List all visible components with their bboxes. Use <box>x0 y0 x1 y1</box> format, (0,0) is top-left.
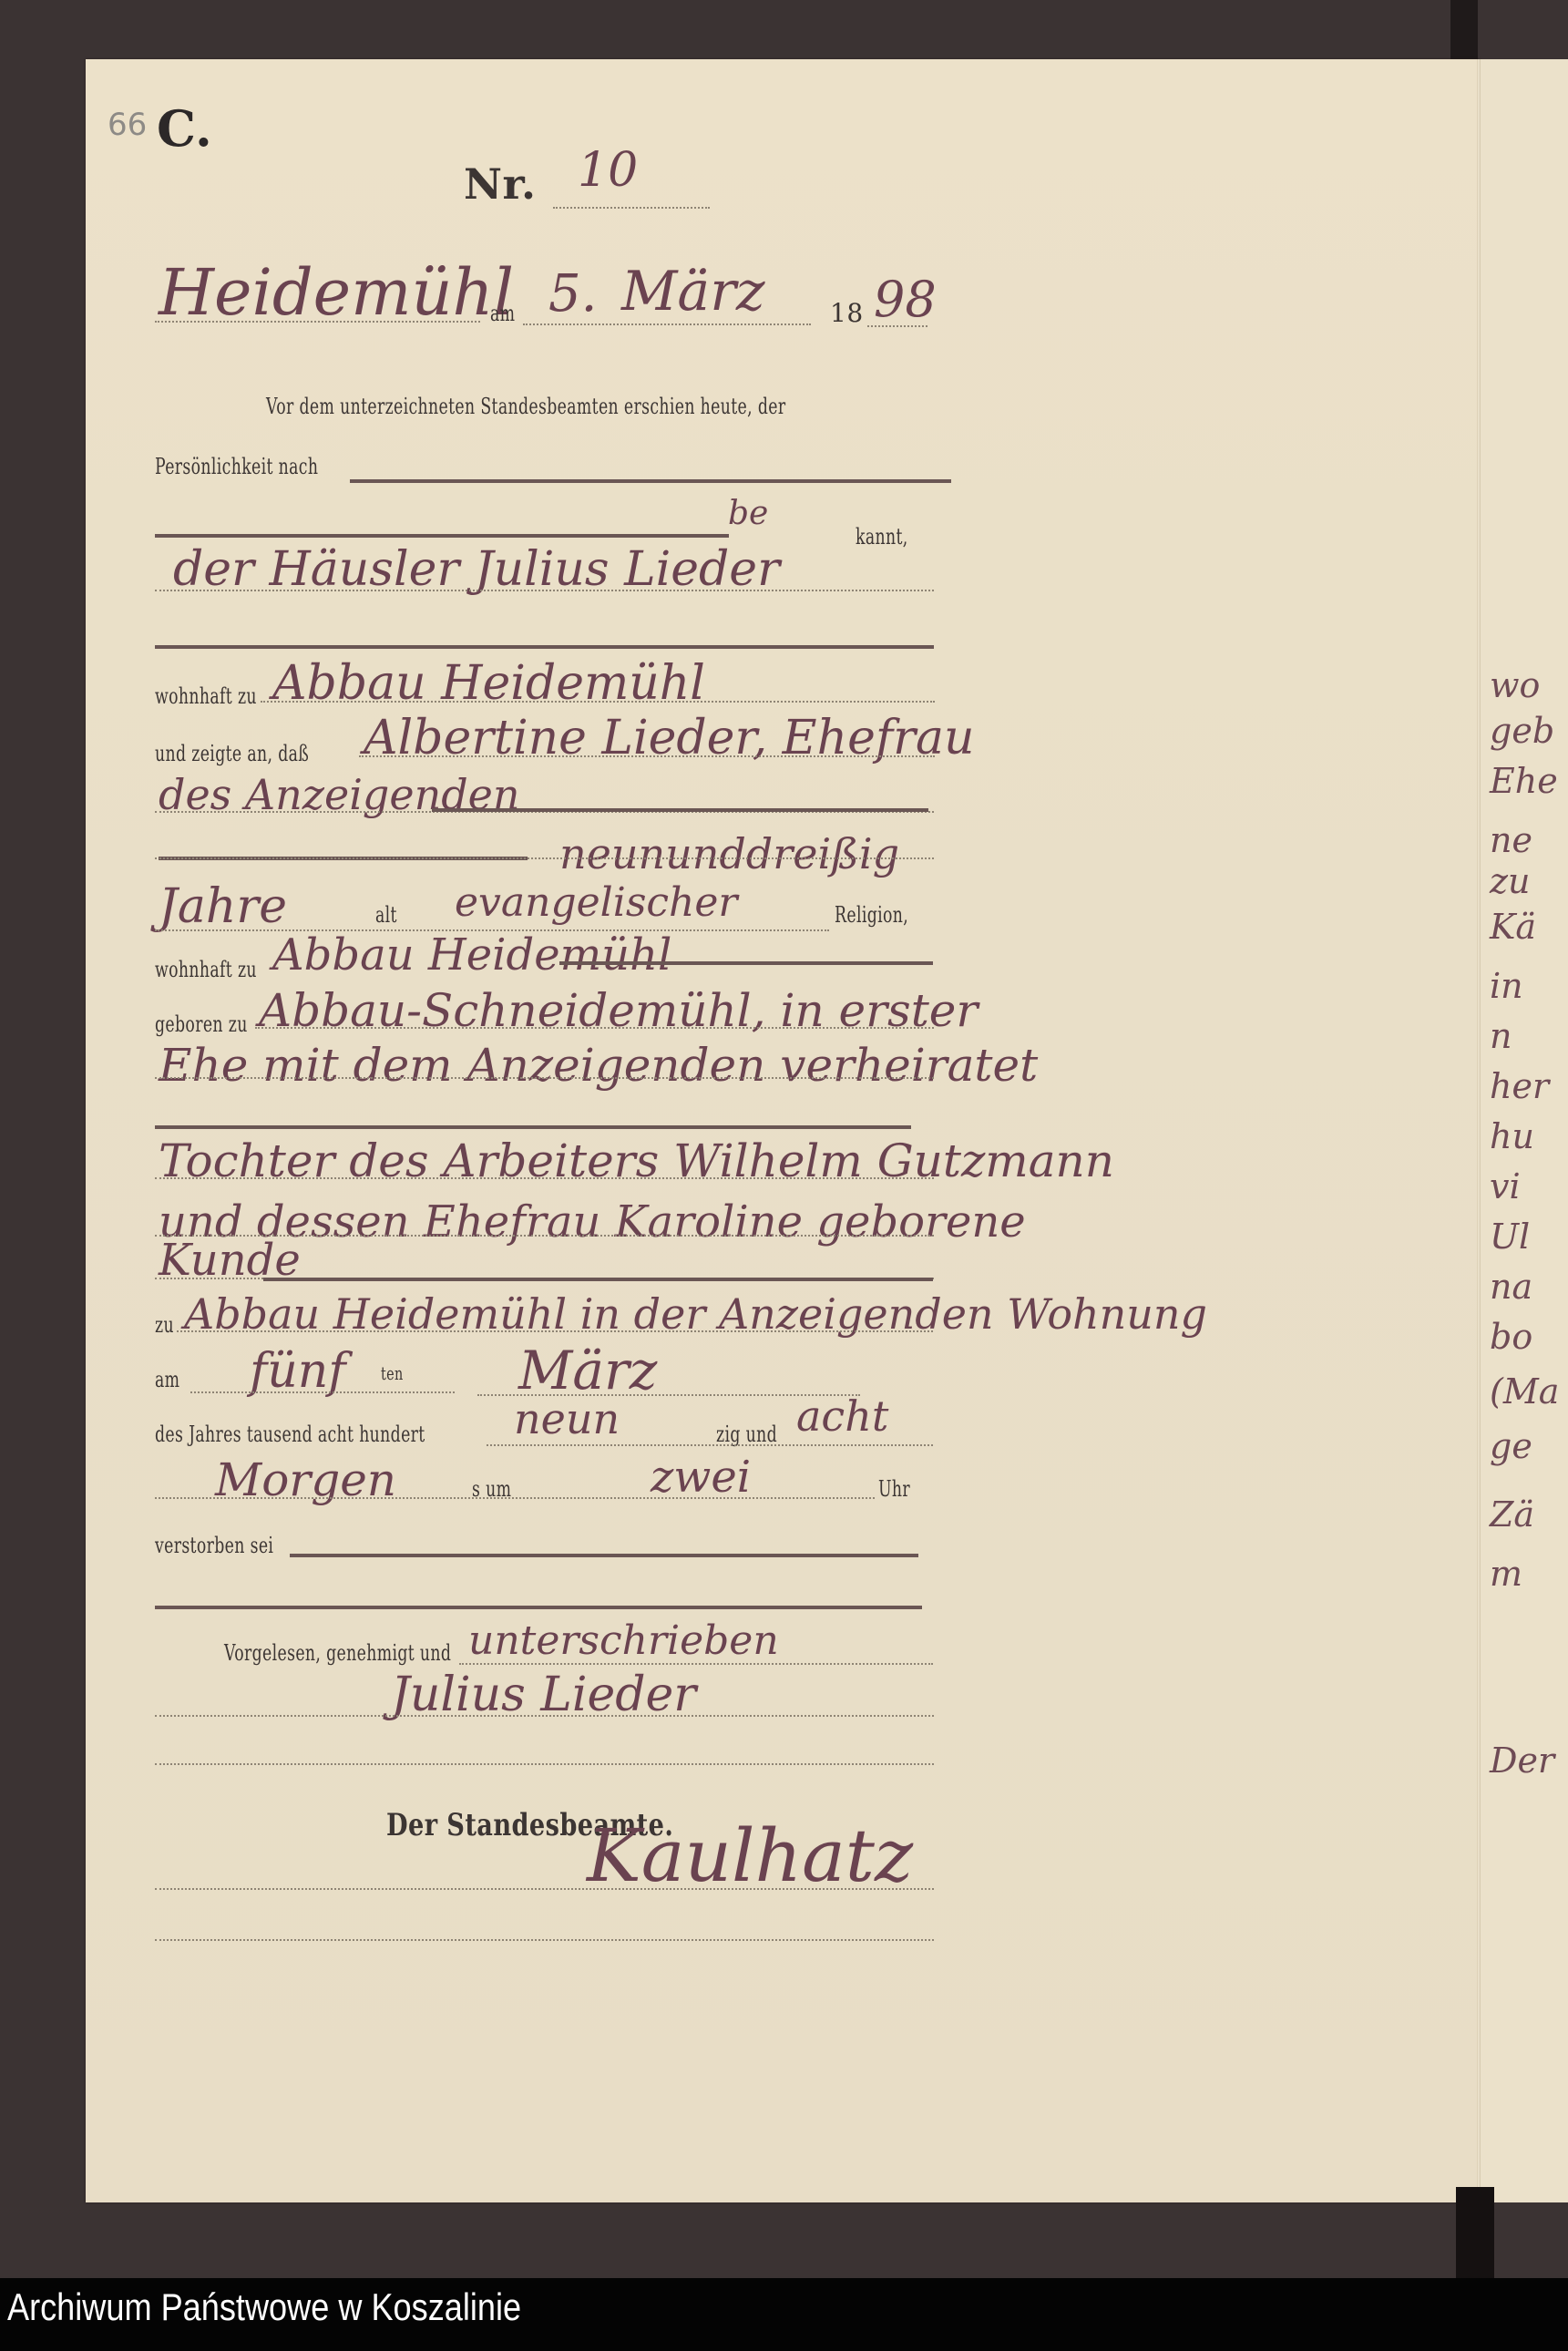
date-day: 5. <box>548 264 597 323</box>
informant-residence: Abbau Heidemühl <box>272 656 705 711</box>
dotted-line <box>523 323 811 325</box>
dotted-line <box>487 1444 933 1446</box>
dotted-line <box>155 1077 934 1079</box>
uhr-label: Uhr <box>878 1476 910 1502</box>
place-name: Heidemühl <box>159 255 514 330</box>
strike-line <box>155 645 934 649</box>
dotted-line <box>155 857 934 859</box>
am-label: am <box>490 301 515 326</box>
hour-value: zwei <box>651 1452 751 1503</box>
registrar-signature: Kaulhatz <box>587 1813 913 1898</box>
deceased-name: Albertine Lieder, Ehefrau <box>364 711 974 765</box>
zu-label: zu <box>155 1312 174 1338</box>
pencil-page-number: 66 <box>108 107 147 143</box>
geboren-label: geboren zu <box>155 1011 248 1037</box>
strike-line <box>263 1278 933 1281</box>
religion-label: Religion, <box>835 902 908 928</box>
dotted-line <box>155 1939 934 1941</box>
parents-line-1: Tochter des Arbeiters Wilhelm Gutzmann <box>159 1134 1114 1187</box>
intro-line: Vor dem unterzeichneten Standesbeamten e… <box>266 394 1000 419</box>
strike-line <box>559 961 933 965</box>
dotted-line <box>155 321 480 323</box>
facing-fragment: Zä <box>1490 1494 1534 1535</box>
verstorben-label: verstorben sei <box>155 1533 273 1558</box>
dotted-line <box>177 1330 933 1332</box>
year-suffix: 98 <box>874 271 937 328</box>
deceased-residence: Abbau Heidemühl <box>272 929 671 980</box>
strike-line <box>155 534 729 538</box>
nr-label: Nr. <box>464 159 537 209</box>
dotted-line <box>155 1497 875 1499</box>
dotted-line <box>155 1715 934 1717</box>
vorgelesen-label: Vorgelesen, genehmigt und <box>224 1640 451 1666</box>
facing-fragment: n <box>1490 1016 1512 1056</box>
facing-fragment: na <box>1490 1267 1532 1307</box>
dotted-line <box>459 1663 933 1665</box>
facing-fragment: Kä <box>1490 907 1536 947</box>
death-month: März <box>518 1340 657 1401</box>
dotted-line <box>155 590 934 591</box>
facing-fragment: Ehe <box>1490 761 1558 801</box>
am2-label: am <box>155 1367 179 1392</box>
informant-signature: Julius Lieder <box>391 1668 696 1722</box>
facing-fragment: (Ma <box>1490 1371 1559 1412</box>
strike-line <box>155 1125 911 1129</box>
age-unit: Jahre <box>159 879 287 934</box>
dotted-line <box>155 1763 934 1765</box>
record-number: 10 <box>578 143 638 198</box>
deceased-age: neununddreißig <box>559 829 899 878</box>
wohnhaft-label: wohnhaft zu <box>155 683 257 709</box>
facing-fragment: zu <box>1490 861 1531 901</box>
jahres-label: des Jahres tausend acht hundert <box>155 1422 425 1447</box>
facing-fragment: her <box>1490 1066 1549 1106</box>
strike-line <box>155 1606 922 1609</box>
form-letter: C. <box>157 99 212 158</box>
register-page: 66 C. Nr. 10 Heidemühl am 5. März 18 98 … <box>86 59 1480 2202</box>
facing-fragment: wo <box>1490 665 1540 705</box>
facing-fragment: Ul <box>1490 1217 1530 1257</box>
dotted-line <box>867 325 927 327</box>
religion-value: evangelischer <box>455 879 737 926</box>
bekannt-prefix: be <box>728 495 768 532</box>
zig-label: zig und <box>716 1422 777 1447</box>
facing-fragment: in <box>1490 966 1523 1006</box>
facing-fragment: Der <box>1490 1740 1554 1781</box>
strike-line <box>290 1554 918 1557</box>
alt-label: alt <box>375 902 397 928</box>
facing-fragment: geb <box>1490 711 1554 751</box>
dotted-line <box>553 207 710 209</box>
archive-banner: Archiwum Państwowe w Koszalinie <box>0 2278 1568 2351</box>
dotted-line <box>255 1027 934 1029</box>
decade-value: neun <box>514 1394 620 1443</box>
dotted-line <box>155 1177 934 1179</box>
ten-label: ten <box>381 1362 404 1384</box>
marriage-line: Ehe mit dem Anzeigenden verheiratet <box>159 1039 1038 1092</box>
signed-note: unterschrieben <box>468 1617 779 1664</box>
binding-strap-bottom <box>1456 2187 1494 2278</box>
facing-fragment: m <box>1490 1554 1522 1594</box>
archive-name: Archiwum Państwowe w Koszalinie <box>7 2285 521 2329</box>
persoenlichkeit-label: Persönlichkeit nach <box>155 454 318 479</box>
facing-fragment: vi <box>1490 1166 1521 1206</box>
kannt-label: kannt, <box>856 524 908 549</box>
facing-fragment: ne <box>1490 820 1532 860</box>
date-month: März <box>621 260 765 323</box>
dotted-line <box>359 755 935 757</box>
zeigte-label: und zeigte an, daß <box>155 741 309 766</box>
facing-page: wo geb Ehe ne zu Kä in n her hu vi Ul na… <box>1481 59 1568 2202</box>
year-unit: acht <box>796 1391 888 1441</box>
wohnhaft2-label: wohnhaft zu <box>155 957 257 982</box>
strike-line <box>432 808 928 812</box>
death-day: fünf <box>250 1344 345 1399</box>
birthplace: Abbau-Schneidemühl, in erster <box>259 984 978 1037</box>
facing-fragment: hu <box>1490 1116 1534 1156</box>
facing-fragment: ge <box>1490 1426 1532 1466</box>
dotted-line <box>190 1391 455 1393</box>
year-prefix: 18 <box>830 298 864 328</box>
dotted-line <box>261 701 935 703</box>
strike-line <box>350 479 951 483</box>
facing-fragment: bo <box>1490 1317 1532 1357</box>
dotted-line <box>155 1888 934 1890</box>
informant-name: der Häusler Julius Lieder <box>173 542 780 597</box>
